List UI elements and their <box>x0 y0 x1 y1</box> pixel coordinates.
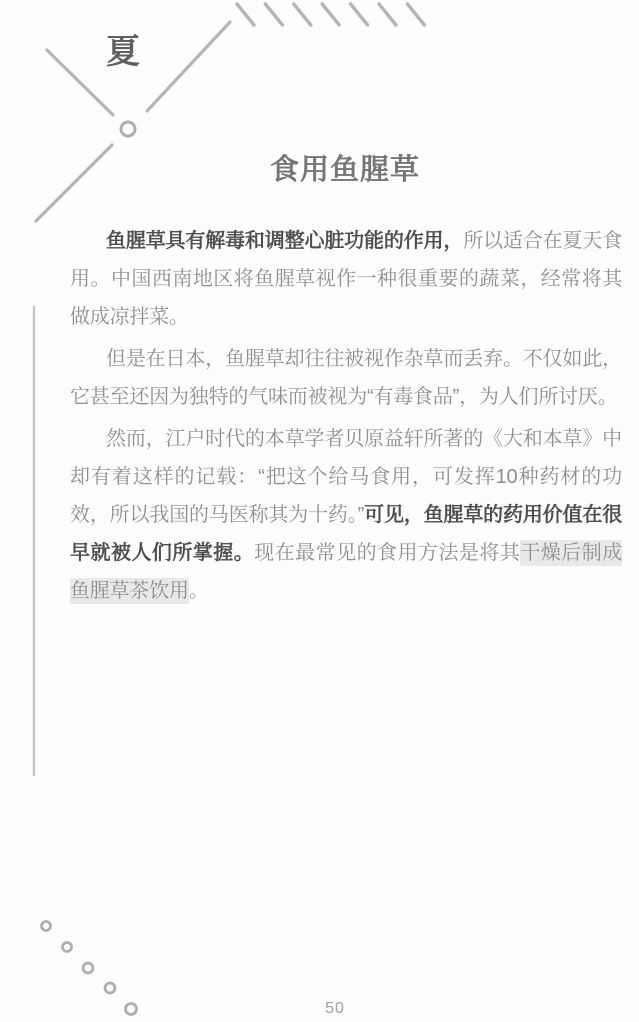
trail-dot <box>105 983 115 993</box>
text-segment-normal: 。 <box>189 580 209 602</box>
text-segment-normal: 现在最常见的食用方法是将其 <box>254 542 520 564</box>
diagonal-line-lower-left <box>36 145 112 221</box>
hatch-mark <box>294 4 311 25</box>
diagonal-line-upper-right <box>147 22 230 111</box>
season-label: 夏 <box>106 24 140 73</box>
paragraph: 但是在日本，鱼腥草却往往被视作杂草而丢弃。不仅如此，它甚至还因为独特的气味而被视… <box>70 340 622 416</box>
trail-dot <box>63 943 72 952</box>
page-title: 食用鱼腥草 <box>270 147 420 188</box>
article-body: 鱼腥草具有解毒和调整心脏功能的作用，所以适合在夏天食用。中国西南地区将鱼腥草视作… <box>70 222 622 614</box>
paragraph: 鱼腥草具有解毒和调整心脏功能的作用，所以适合在夏天食用。中国西南地区将鱼腥草视作… <box>70 222 622 336</box>
text-segment-normal: 但是在日本，鱼腥草却往往被视作杂草而丢弃。不仅如此，它甚至还因为独特的气味而被视… <box>70 348 622 408</box>
hatch-mark <box>265 4 282 25</box>
book-page: 夏 食用鱼腥草 鱼腥草具有解毒和调整心脏功能的作用，所以适合在夏天食用。中国西南… <box>0 0 639 1022</box>
trail-dot <box>83 963 93 973</box>
hatch-mark <box>379 4 396 25</box>
hatch-marks-icon <box>237 4 424 25</box>
paragraph: 然而，江户时代的本草学者贝原益轩所著的《大和本草》中却有着这样的记载：“把这个给… <box>70 420 622 610</box>
text-segment-bold: 鱼腥草具有解毒和调整心脏功能的作用， <box>106 230 463 252</box>
hatch-mark <box>322 4 339 25</box>
junction-ring-icon <box>121 122 135 136</box>
hatch-mark <box>407 4 424 25</box>
hatch-mark <box>351 4 368 25</box>
trail-dot <box>42 922 51 931</box>
page-number: 50 <box>325 1000 345 1018</box>
diagonal-line-upper-left <box>47 50 113 115</box>
hatch-mark <box>237 4 254 25</box>
trail-dot <box>126 1004 137 1015</box>
dot-trail-icon <box>42 922 137 1015</box>
